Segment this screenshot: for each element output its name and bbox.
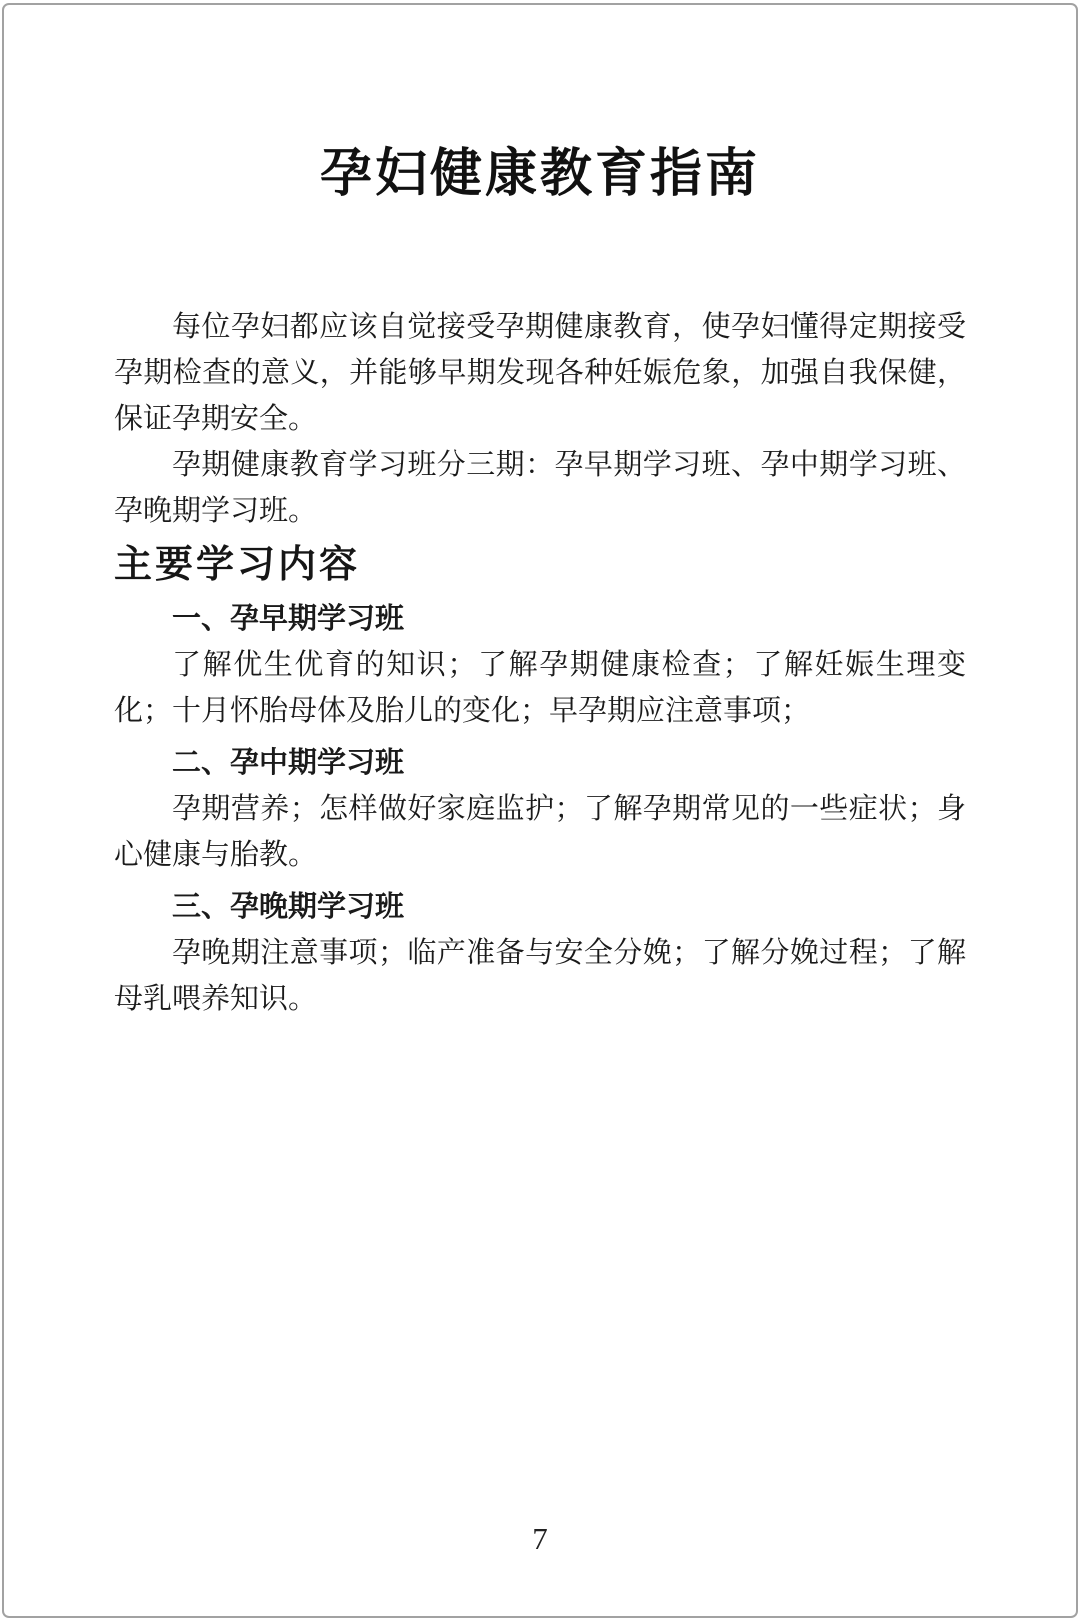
document-title: 孕妇健康教育指南 — [114, 0, 966, 206]
study-item-late-heading: 三、孕晚期学习班 — [114, 884, 966, 930]
page-content: 孕妇健康教育指南 每位孕妇都应该自觉接受孕期健康教育，使孕妇懂得定期接受孕期检查… — [0, 0, 1080, 1022]
study-item-late: 三、孕晚期学习班 孕晚期注意事项；临产准备与安全分娩；了解分娩过程；了解母乳喂养… — [114, 884, 966, 1022]
study-item-early-heading: 一、孕早期学习班 — [114, 596, 966, 642]
section-heading: 主要学习内容 — [114, 540, 966, 590]
intro-paragraph-1: 每位孕妇都应该自觉接受孕期健康教育，使孕妇懂得定期接受孕期检查的意义，并能够早期… — [114, 304, 966, 442]
intro-paragraph-2: 孕期健康教育学习班分三期：孕早期学习班、孕中期学习班、孕晚期学习班。 — [114, 442, 966, 534]
study-item-mid: 二、孕中期学习班 孕期营养；怎样做好家庭监护；了解孕期常见的一些症状；身心健康与… — [114, 740, 966, 878]
study-item-mid-heading: 二、孕中期学习班 — [114, 740, 966, 786]
study-item-late-body: 孕晚期注意事项；临产准备与安全分娩；了解分娩过程；了解母乳喂养知识。 — [114, 930, 966, 1022]
study-item-early-body: 了解优生优育的知识；了解孕期健康检查；了解妊娠生理变化；十月怀胎母体及胎儿的变化… — [114, 642, 966, 734]
document-page: 孕妇健康教育指南 每位孕妇都应该自觉接受孕期健康教育，使孕妇懂得定期接受孕期检查… — [0, 0, 1080, 1620]
study-item-mid-body: 孕期营养；怎样做好家庭监护；了解孕期常见的一些症状；身心健康与胎教。 — [114, 786, 966, 878]
study-item-early: 一、孕早期学习班 了解优生优育的知识；了解孕期健康检查；了解妊娠生理变化；十月怀… — [114, 596, 966, 734]
page-number: 7 — [0, 1520, 1080, 1558]
